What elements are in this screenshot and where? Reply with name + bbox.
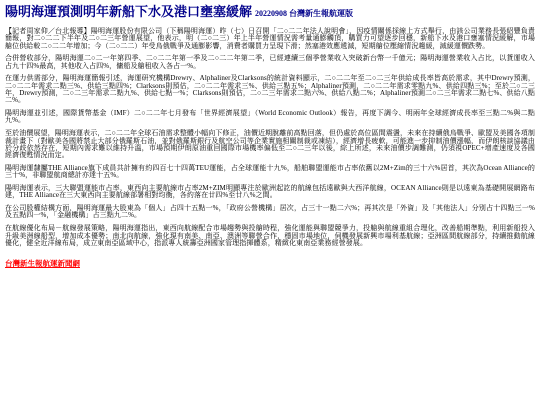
article-paragraph-oil-outlook: 至於油價展望，陽明海運表示，二○二二年全球石油需求整體小幅向下修正，油價近期脫離… <box>5 130 535 159</box>
article-paragraph-lead: 【記者周家仰／台北報導】陽明海運股份有限公司（下稱陽明海運）昨（七）日召開「二○… <box>5 28 535 50</box>
article-title: 陽明海運預測明年新船下水及港口壅塞緩解20220908 台灣新生報航運版 <box>5 4 535 21</box>
article-paragraph-imf: 陽明海運並引述，國際貨幣基金（IMF）二○二二年七月發布「世界經濟展望」（Wor… <box>5 110 535 125</box>
article-paragraph-supply-demand: 在運力供需部分，陽明海運簡報引述，海運研究機構Drewry、Alphaliner… <box>5 75 535 104</box>
article-paragraph-revenue: 合併營收部分，陽明海運二○二一年第四季、二○二二年第一季及二○二二年第二季，已經… <box>5 55 535 70</box>
article-paragraph-alliance-capacity: 陽明海運隸屬THE Alliance旗下成員共計擁有約四百七十四萬TEU運能，占… <box>5 165 535 180</box>
article-paragraph-shareholding: 在公司股權結構方面，陽明海運最大股東為「個人」占四十五點一%，「政府公營機構」居… <box>5 205 535 220</box>
article-paragraph-route-strategy: 在航線優化布局－航線發展策略，陽明海運指出，東西向航線配合市場趨勢與投艙時程，強… <box>5 225 535 247</box>
article-title-text: 陽明海運預測明年新船下水及港口壅塞緩解 <box>5 4 252 19</box>
article-dateline: 20220908 台灣新生報航運版 <box>255 9 353 18</box>
article-paragraph-alliance-share: 陽明海運表示，三大聯盟運能市占率，東西向主要航線市占率2M+ZIM明顯專注於歐洲… <box>5 185 535 200</box>
news-site-link[interactable]: 台灣新生報航運新聞網 <box>5 258 80 269</box>
article-page: 陽明海運預測明年新船下水及港口壅塞緩解20220908 台灣新生報航運版 【記者… <box>0 0 540 271</box>
